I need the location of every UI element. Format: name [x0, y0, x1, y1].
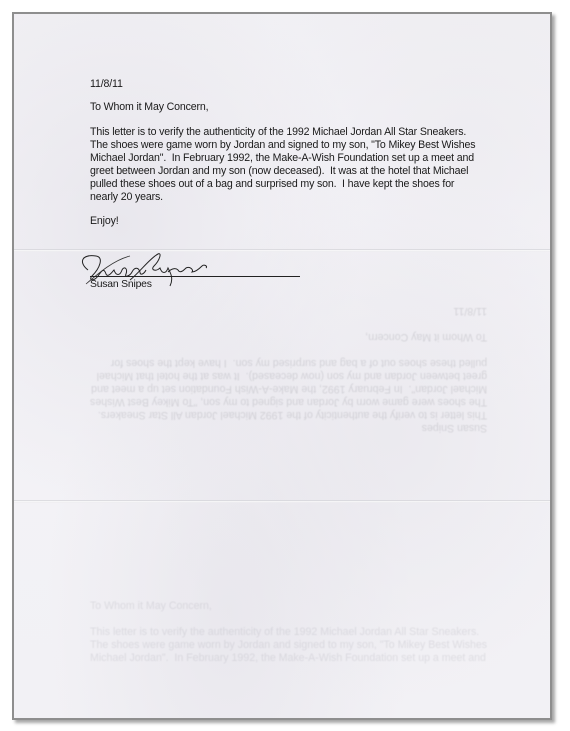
bleed-through-text: Susan Snipes This letter is to verify th… — [90, 304, 487, 434]
letter-body: This letter is to verify the authenticit… — [90, 126, 475, 204]
fold-crease — [14, 500, 550, 503]
letter-date: 11/8/11 — [90, 78, 123, 91]
signer-name: Susan Snipes — [90, 279, 152, 290]
letter-greeting: To Whom it May Concern, — [90, 101, 208, 114]
letter-closing: Enjoy! — [90, 215, 119, 228]
bleed-through-text: To Whom it May Concern, This letter is t… — [90, 600, 487, 665]
letter-page: Susan Snipes This letter is to verify th… — [12, 12, 552, 720]
signature-line — [90, 276, 300, 277]
